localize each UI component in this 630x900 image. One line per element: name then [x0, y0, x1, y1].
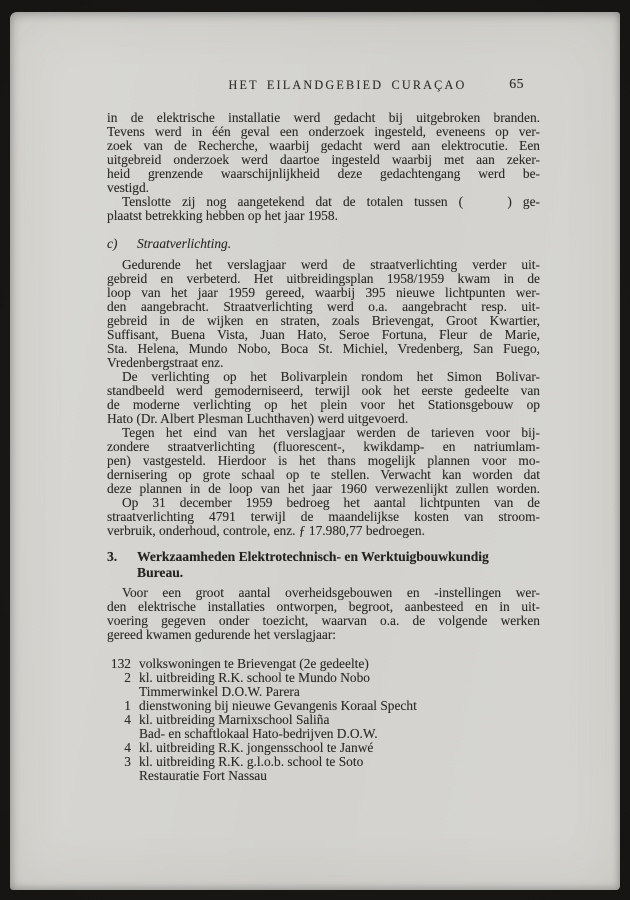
text-line: Op 31 december 1959 bedroeg het aantal l…	[107, 496, 540, 510]
list-item-text: Timmerwinkel D.O.W. Parera	[139, 684, 300, 699]
list-item-count: 4	[107, 713, 131, 727]
text-line: Tenslotte zij nog aangetekend dat de tot…	[107, 195, 540, 209]
paragraph-fire-investigation: in de elektrische installatie werd gedac…	[107, 111, 540, 195]
text-line: zoek van de Recherche, waarbij gedacht w…	[107, 139, 540, 153]
text-line: in de elektrische installatie werd gedac…	[107, 111, 540, 125]
text-line: dernisering op grote schaal op te stelle…	[107, 468, 540, 482]
text-line: plaatst betrekking hebben op het jaar 19…	[107, 209, 540, 223]
list-item-count: 2	[107, 671, 131, 685]
text-line: den elektrische installaties ontworpen, …	[107, 600, 540, 614]
list-item-text: volkswoningen te Brievengat (2e gedeelte…	[139, 656, 369, 671]
list-item-text: kl. uitbreiding R.K. school te Mundo Nob…	[139, 670, 370, 685]
text-line: loop van het jaar 1959 gereed, waarbij 3…	[107, 286, 540, 300]
list-item: Timmerwinkel D.O.W. Parera	[107, 685, 540, 699]
text-line: gebreid in de wijken en straten, zoals B…	[107, 314, 540, 328]
heading-text-continuation: Bureau.	[107, 565, 540, 581]
text-line: gebreid en verbeterd. Het uitbreidingspl…	[107, 272, 540, 286]
list-item-text: dienstwoning bij nieuwe Gevangenis Koraa…	[139, 698, 417, 713]
list-item-text: kl. uitbreiding R.K. g.l.o.b. school te …	[139, 754, 363, 769]
list-item-count: 132	[107, 657, 131, 671]
list-item-count: 1	[107, 699, 131, 713]
text-line: deze plannen in de loop van het jaar 196…	[107, 482, 540, 496]
paragraph-totals-note: Tenslotte zij nog aangetekend dat de tot…	[107, 195, 540, 223]
list-item: 2kl. uitbreiding R.K. school te Mundo No…	[107, 671, 540, 685]
section-heading-werkzaamheden: 3.Werkzaamheden Elektrotechnisch- en Wer…	[107, 549, 540, 581]
heading-marker: c)	[107, 237, 137, 251]
scanned-book-page: { "scan": { "colors": { "paper": "#d6d5d…	[0, 0, 630, 900]
paragraph-overheidsgebouwen: Voor een groot aantal overheidsgebouwen …	[107, 586, 540, 642]
paragraph-bolivarplein: De verlichting op het Bolivarplein rondo…	[107, 370, 540, 426]
list-item: 132volkswoningen te Brievengat (2e gedee…	[107, 657, 540, 671]
text-line: standbeeld werd gemoderniseerd, terwijl …	[107, 384, 540, 398]
text-line: Tevens werd in één geval een onderzoek i…	[107, 125, 540, 139]
text-line: gereed kwamen gedurende het verslagjaar:	[107, 628, 540, 642]
heading-marker: 3.	[107, 549, 137, 565]
list-item-count: 4	[107, 741, 131, 755]
text-line: Suffisant, Buena Vista, Juan Hato, Seroe…	[107, 328, 540, 342]
list-item: 3kl. uitbreiding R.K. g.l.o.b. school te…	[107, 755, 540, 769]
text-line: Voor een groot aantal overheidsgebouwen …	[107, 586, 540, 600]
paragraph-street-lighting-expansion: Gedurende het verslagjaar werd de straat…	[107, 258, 540, 370]
text-line: vestigd.	[107, 181, 540, 195]
text-line: Gedurende het verslagjaar werd de straat…	[107, 258, 540, 272]
text-line: straatverlichting 4791 terwijl de maande…	[107, 510, 540, 524]
page-header-title: HET EILANDGEBIED CURAÇAO	[229, 78, 467, 92]
list-item-text: Bad- en schaftlokaal Hato-bedrijven D.O.…	[139, 726, 378, 741]
text-line: Sta. Helena, Mundo Nobo, Boca St. Michie…	[107, 342, 540, 356]
list-item: 1dienstwoning bij nieuwe Gevangenis Kora…	[107, 699, 540, 713]
text-line: pen) vastgesteld. Hierdoor is het thans …	[107, 454, 540, 468]
text-line: zondere straatverlichting (fluorescent-,…	[107, 440, 540, 454]
list-item-count: 3	[107, 755, 131, 769]
text-line: Vredenbergstraat enz.	[107, 356, 540, 370]
page-number: 65	[509, 77, 524, 91]
heading-text: Straatverlichting.	[137, 236, 231, 251]
running-head: HET EILANDGEBIED CURAÇAO 65	[107, 78, 540, 93]
list-item: Restauratie Fort Nassau	[107, 769, 540, 783]
text-line: voering gegeven onder toezicht, waarvan …	[107, 614, 540, 628]
text-line: Tegen het eind van het verslagjaar werde…	[107, 426, 540, 440]
heading-text: Werkzaamheden Elektrotechnisch- en Werkt…	[137, 549, 489, 565]
section-heading-straatverlichting: c)Straatverlichting.	[107, 237, 540, 251]
text-line: Hato (Dr. Albert Plesman Luchthaven) wer…	[107, 412, 540, 426]
text-line: uitgebreid onderzoek werd daartoe ingest…	[107, 153, 540, 167]
list-item: Bad- en schaftlokaal Hato-bedrijven D.O.…	[107, 727, 540, 741]
list-item-text: kl. uitbreiding R.K. jongensschool te Ja…	[139, 740, 373, 755]
text-line: De verlichting op het Bolivarplein rondo…	[107, 370, 540, 384]
list-item-text: Restauratie Fort Nassau	[139, 768, 267, 783]
list-item: 4kl. uitbreiding R.K. jongensschool te J…	[107, 741, 540, 755]
text-line: de moderne verlichting op het plein voor…	[107, 398, 540, 412]
paragraph-lichtpunten-count: Op 31 december 1959 bedroeg het aantal l…	[107, 496, 540, 538]
text-line: verbruik, onderhoud, controle, enz. ƒ 17…	[107, 524, 540, 538]
text-line: den aangebracht. Straatverlichting werd …	[107, 300, 540, 314]
list-item: 4kl. uitbreiding Marnixschool Saliña	[107, 713, 540, 727]
paragraph-tarieven: Tegen het eind van het verslagjaar werde…	[107, 426, 540, 496]
book-page: HET EILANDGEBIED CURAÇAO 65 in de elektr…	[10, 12, 620, 890]
completed-works-list: 132volkswoningen te Brievengat (2e gedee…	[107, 657, 540, 783]
list-item-text: kl. uitbreiding Marnixschool Saliña	[139, 712, 329, 727]
text-line: heid grenzende waarschijnlijkheid deze g…	[107, 167, 540, 181]
